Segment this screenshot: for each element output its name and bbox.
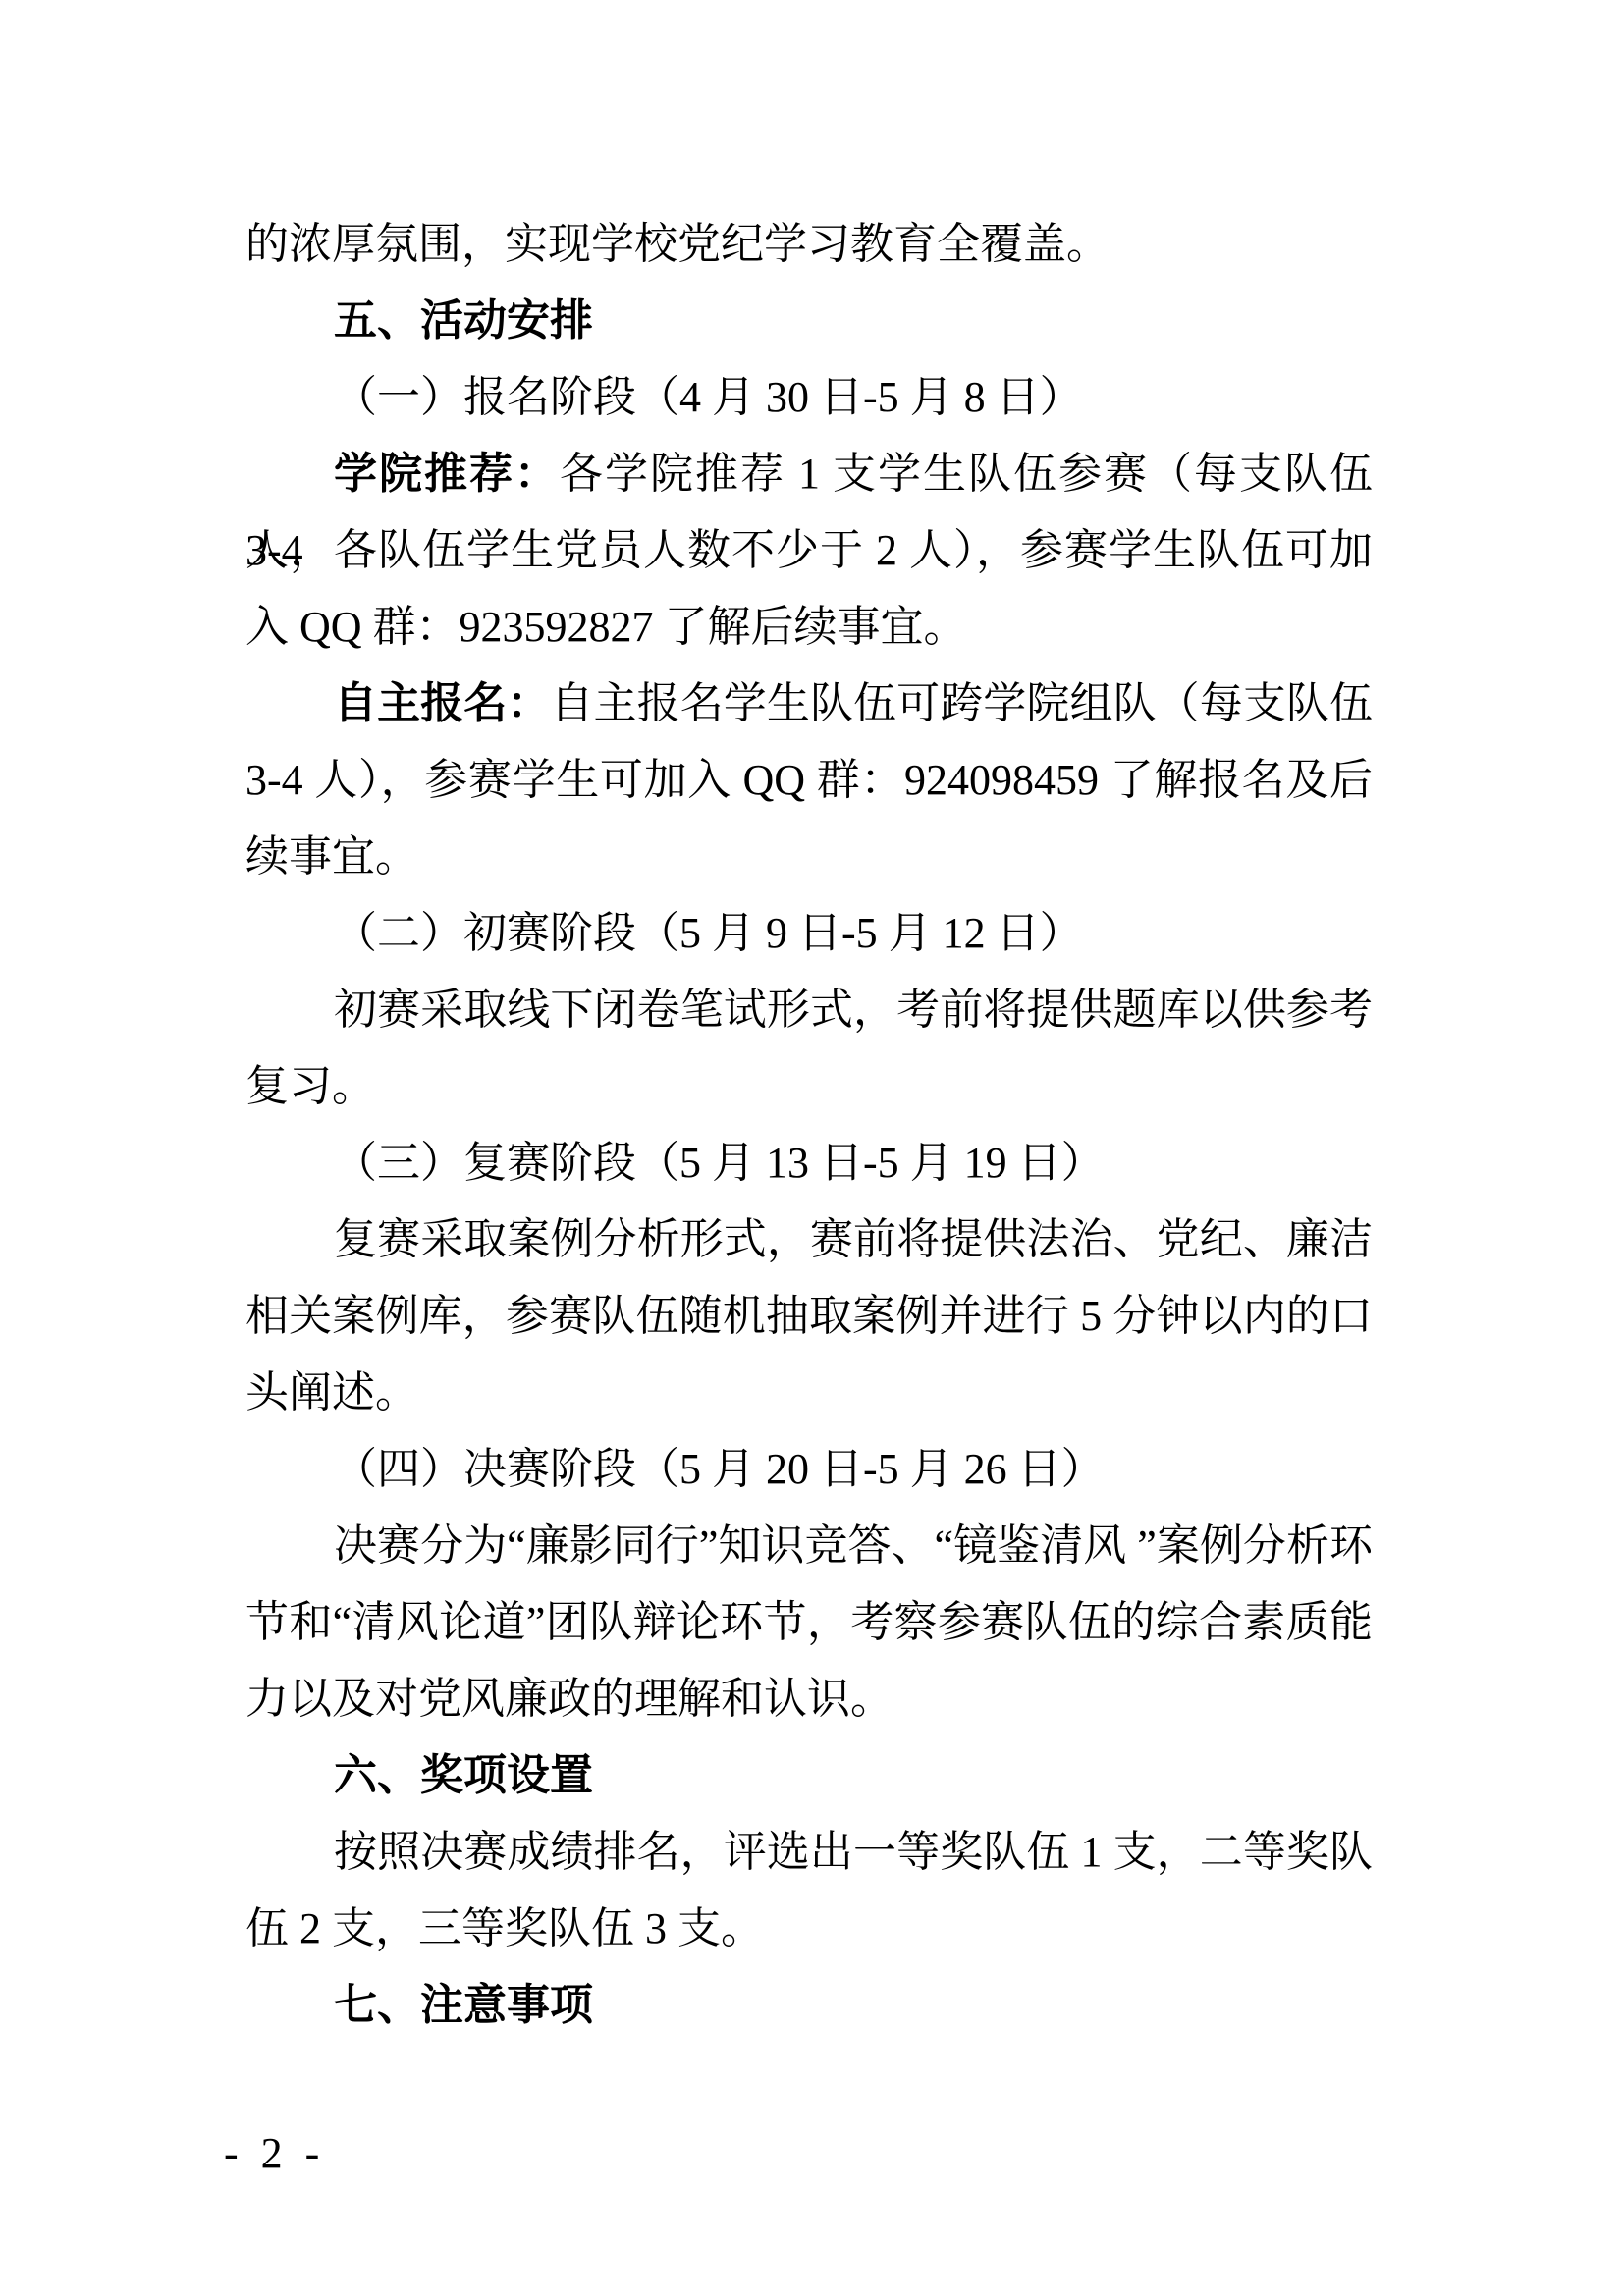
body-text-line: 续事宜。 — [245, 819, 1373, 895]
section-heading-7: 七、注意事项 — [245, 1967, 1373, 2044]
stage-heading-preliminary: （二）初赛阶段（5 月 9 日-5 月 12 日） — [245, 895, 1373, 972]
stage-heading-registration: （一）报名阶段（4 月 30 日-5 月 8 日） — [245, 359, 1373, 436]
body-text-line: 复赛采取案例分析形式，赛前将提供法治、党纪、廉洁 — [245, 1201, 1373, 1278]
page-number: - 2 - — [224, 2130, 322, 2177]
document-page: 的浓厚氛围，实现学校党纪学习教育全覆盖。 五、活动安排 （一）报名阶段（4 月 … — [0, 0, 1624, 2296]
body-text-line: 自主报名：自主报名学生队伍可跨学院组队（每支队伍 — [245, 666, 1373, 742]
section-heading-6: 六、奖项设置 — [245, 1737, 1373, 1814]
body-text-line: 节和“清风论道”团队辩论环节，考察参赛队伍的综合素质能 — [245, 1584, 1373, 1661]
body-text-segment: 自主报名学生队伍可跨学院组队（每支队伍 — [550, 679, 1373, 727]
section-heading-5: 五、活动安排 — [245, 283, 1373, 359]
body-text-line: 力以及对党风廉政的理解和认识。 — [245, 1661, 1373, 1737]
body-text-line: 相关案例库，参赛队伍随机抽取案例并进行 5 分钟以内的口 — [245, 1278, 1373, 1355]
body-text-line: 复习。 — [245, 1048, 1373, 1125]
body-text-line: 决赛分为“廉影同行”知识竞答、“镜鉴清风 ”案例分析环 — [245, 1508, 1373, 1584]
bold-label-college-recommend: 学院推荐： — [334, 450, 560, 498]
body-text-line: 人，各队伍学生党员人数不少于 2 人），参赛学生队伍可加 — [245, 512, 1373, 589]
document-body: 的浓厚氛围，实现学校党纪学习教育全覆盖。 五、活动安排 （一）报名阶段（4 月 … — [245, 206, 1373, 2044]
stage-heading-semifinal: （三）复赛阶段（5 月 13 日-5 月 19 日） — [245, 1125, 1373, 1201]
body-text-line: 初赛采取线下闭卷笔试形式，考前将提供题库以供参考 — [245, 972, 1373, 1048]
body-text-line: 学院推荐：各学院推荐 1 支学生队伍参赛（每支队伍 3-4 — [245, 436, 1373, 512]
stage-heading-final: （四）决赛阶段（5 月 20 日-5 月 26 日） — [245, 1431, 1373, 1508]
bold-label-self-register: 自主报名： — [334, 679, 550, 727]
body-text-line: 入 QQ 群：923592827 了解后续事宜。 — [245, 589, 1373, 666]
body-text-line: 头阐述。 — [245, 1355, 1373, 1431]
body-text-line: 3-4 人），参赛学生可加入 QQ 群：924098459 了解报名及后 — [245, 742, 1373, 819]
body-text-line: 伍 2 支，三等奖队伍 3 支。 — [245, 1891, 1373, 1967]
body-text-line: 按照决赛成绩排名，评选出一等奖队伍 1 支，二等奖队 — [245, 1814, 1373, 1891]
body-text-line: 的浓厚氛围，实现学校党纪学习教育全覆盖。 — [245, 206, 1373, 283]
